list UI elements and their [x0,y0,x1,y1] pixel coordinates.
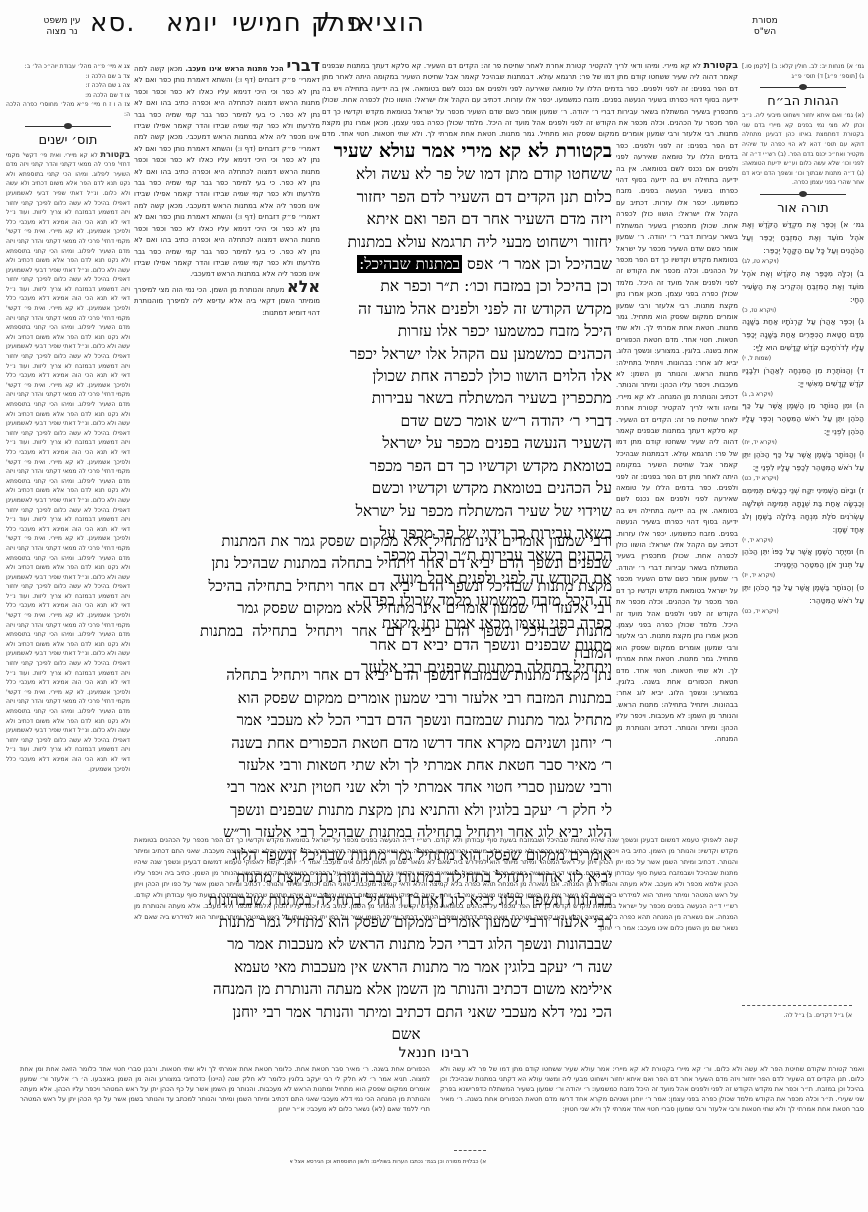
torah-or-title: תורה אור [742,201,864,216]
torah-or-entries: גמ׳ א) וְכִפֶּר אֶת מִקְדַּשׁ הַקֹּדֶשׁ … [742,218,864,616]
gemara-line: על הכהנים בטומאת מקדש וקדשיו וכשם [322,477,612,499]
gemara-line: מתנות שבהיכל ונשפך הדם יביא דם אחר ויתחי… [200,620,612,665]
gemara-line: ורבי שמעון סברי חטוי אחד אמרתי לך ולא שנ… [200,776,612,798]
ornament-divider [760,194,845,195]
rashi-top-band: בקטורת לא קא מיירי. ומיהו ודאי לריך להקט… [322,60,738,138]
gemara-line: רבי אלעזר ור׳ שמעון אומרים אינו מתחיל אל… [200,597,612,619]
gemara-line: מתחיל גמר מתנות שבמזבח ונשפך הדם דברי הכ… [200,709,612,731]
gemara-line: הכהנים כמשמען עם הקהל אלו ישראל יכפר [322,343,612,365]
torah-or-verse: ד) וְהַנּוֹתֶרֶת מִן הַמִּנְחָה לְאַהֲרֹ… [742,364,864,390]
ein-mishpat-section: צג א מיי׳ פ״ה מהל׳ עבודת יוה״כ הל׳ ב: צד… [6,62,130,1040]
footnote-text: א) ג״ל דקדים. ב) ג״ל לה. [742,1011,852,1021]
gemara-line: מתכפרין בשעיר המשתלח בשאר עבירות [322,387,612,409]
hagahot-text: (א) גמ׳ ואם איתא יחזור וישחוט מיבעי ליה.… [742,111,864,188]
tosafot-commentary: דברי הכל מתנות הראש אינו מעכב. מכאן קשה … [134,60,320,530]
gemara-line: בטומאת מקדש וקדשיו כך דם הפר מכפר [322,455,612,477]
gemara-line: שוידוי של שעיר המשתלח מכפר על ישראל [322,500,612,522]
ein-mishpat-entry: צז ה ו ז ח מיי׳ פ״א מהל׳ מחוסרי כפרה הלכ… [6,100,130,119]
gemara-line: השעיר הנעשה בפנים מכפר על ישראל [322,432,612,454]
gemara-line: וכן בהיכל וכן במזבח וכו׳: ת״ר וכפר את [322,275,612,297]
torah-or-ref: (ויקרא טז, כ) [742,306,864,316]
gemara-line: שבהיכל וכן אמר ר׳ אפס במתנות שבהיכל: [322,253,612,275]
ein-mishpat-label: עין משפט נר מצוה [42,16,82,38]
footnote-area-bottom: א) כבלוית מסורה וכן בגמ׳ נכתבו הערות בשו… [290,1150,486,1168]
torah-or-ref: (ויקרא ב, ג) [742,390,864,400]
footnote-text: א) כבלוית מסורה וכן בגמ׳ נכתבו הערות בשו… [290,1158,486,1168]
ein-mishpat-entry: צד ב שם הלכה ו: [6,72,130,82]
torah-or-ref: (ויקרא יד, כט) [742,607,864,617]
gemara-line: שבפנים ונשפך הדם יביא דם אחר ויתחיל בתחל… [200,552,612,574]
torah-or-verse: ז) וּבַיּוֹם הַשְּׁמִינִי יִקַּח שְׁנֵי … [742,484,864,536]
rabbeinu-chananel-right-col: ואמר קטורת שקודם שחיטת הפר לא עשה ולא כל… [440,1064,864,1150]
torah-or-ref: (ויקרא טז, לג) [742,257,864,267]
tosafot-yeshanim-text: בקטורת לא קא מיירי. ואית פי׳ דקשי' מקמי … [6,150,130,1040]
gemara-line: כלום תנן הקדים דם השעיר לדם הפר יחזור [322,186,612,208]
torah-or-verse: ו) וְהַנּוֹתָר בַּשֶּׁמֶן אֲשֶׁר עַל כַּ… [742,448,864,474]
commentary-bottom-band: קשה לאפוקי טעמא דמשום דבעינן ונשפך שנה ש… [134,835,738,1025]
rabbeinu-chananel-left-col: הכפורים אחת בשנה. ר׳ מאיר סבר חטאת אחת. … [20,1064,430,1150]
gemara-line: דברי ר׳ יהודה ר״ש אומר כשם שדם [322,410,612,432]
rabbeinu-chananel-title: רבינו חננאל [0,1045,868,1061]
gemara-line: מקדש הקודש זה לפני ולפנים אהל מועד זה [322,298,612,320]
torah-or-ref: (ויקרא יד, יז) [742,571,864,581]
footnote-area-top: א) ג״ל דקדים. ב) ג״ל לה. [742,1005,852,1021]
chapter-name: הוציאו לו [316,8,425,38]
torah-or-ref: (שמות ל, י) [742,354,864,364]
gemara-line: מקצת מתנות שבהיכל ונשפך הדם יביא דם אחר … [200,575,612,597]
ornament-divider [25,126,112,127]
torah-or-verse: ט) וְהַנּוֹתָר בַּשֶּׁמֶן אֲשֶׁר עַל כַּ… [742,581,864,607]
gemara-line: ויזה מדם השעיר אחר דם הפר ואם איתא [322,208,612,230]
torah-or-verse: גמ׳ א) וְכִפֶּר אֶת מִקְדַּשׁ הַקֹּדֶשׁ … [742,218,864,257]
masoret-label: מסורת הש"ס [745,16,785,38]
footnote-rule [742,1005,852,1007]
gemara-line: ר׳ יוחנן ושניהם מקרא אחד דרשו מדם חטאת ה… [200,732,612,754]
gemara-line: ר׳ מאיר סבר חטאת אחת אמרתי לך ולא שתי חט… [200,754,612,776]
masoret-hashas-section: גמ׳ א) מנחות יב: לב. חולין קלא: ב) [לקמן… [742,62,864,616]
gemara-line: בקטורת לא קא מירי אמר עולא שעיר [322,140,612,163]
torah-or-ref: (ויקרא יד, יח) [742,438,864,448]
ein-mishpat-entry: צג א מיי׳ פ״ה מהל׳ עבודת יוה״כ הל׳ ב: [6,62,130,72]
gemara-line: לי חלק ר׳ יעקב בלוגין ולא והתניא נתן מקצ… [200,799,612,821]
torah-or-ref: (ויקרא יד, כט) [742,474,864,484]
footnote-rule [454,1150,486,1152]
torah-or-verse: ג) וְכִפֶּר אַהֲרֹן עַל קַרְנֹתָיו אַחַת… [742,315,864,354]
torah-or-verse: ב) וְכִלָּה מִכַּפֵּר אֶת הַקֹּדֶשׁ וְאֶ… [742,267,864,306]
daf-number: סא. [90,8,136,38]
gemara-line: אלו הלוים הושוו כולן לכפרה אחת שכולן [322,365,612,387]
gemara-line: יחזור וישחוט מבעי ליה תרגמא עולא במתנות [322,231,612,253]
gemara-line: אשם [200,1023,612,1045]
gemara-line: נתן מקצת מתנות שבמזבח ונשפך הדם יביא דם … [200,664,612,686]
gemara-line: היכל מזבח כמשמעו יכפר אלו עזרות [322,320,612,342]
tractate-name: יומא [166,8,218,38]
ein-mishpat-entry: צו ד שם הלכה מ: [6,91,130,101]
ornament-divider [760,87,845,88]
dibbur-hamatchil-highlight: במתנות שבהיכל: [357,255,462,273]
torah-or-verse: ה) וּמִן הַנּוֹתָר מִן הַשֶּׁמֶן אֲשֶׁר … [742,399,864,438]
gemara-line: ששחטו קודם מתן דמו של פר לא עשה ולא [322,163,612,185]
ein-mishpat-entry: צה ג שם הלכה ז: [6,81,130,91]
gemara-line: ורבי שמעון אומרים אינו מתחיל אלא ממקום ש… [200,530,612,552]
hagahot-title: הגהות הב״ח [742,94,864,109]
masoret-entries: גמ׳ א) מנחות יב: לב. חולין קלא: ב) [לקמן… [742,62,864,81]
tosafot-yeshanim-title: תוס׳ ישנים [6,133,130,148]
torah-or-verse: ח) וּמִיֶּתֶר הַשֶּׁמֶן אֲשֶׁר עַל כַּפּ… [742,545,864,571]
torah-or-ref: (ויקרא יד, י) [742,536,864,546]
rashi-commentary: בקטורת לא קא מיירי. ומיהו ודאי לריך להקט… [616,60,738,840]
gemara-line: במתנות המזבח רבי אלעזר ורבי שמעון אומרים… [200,687,612,709]
